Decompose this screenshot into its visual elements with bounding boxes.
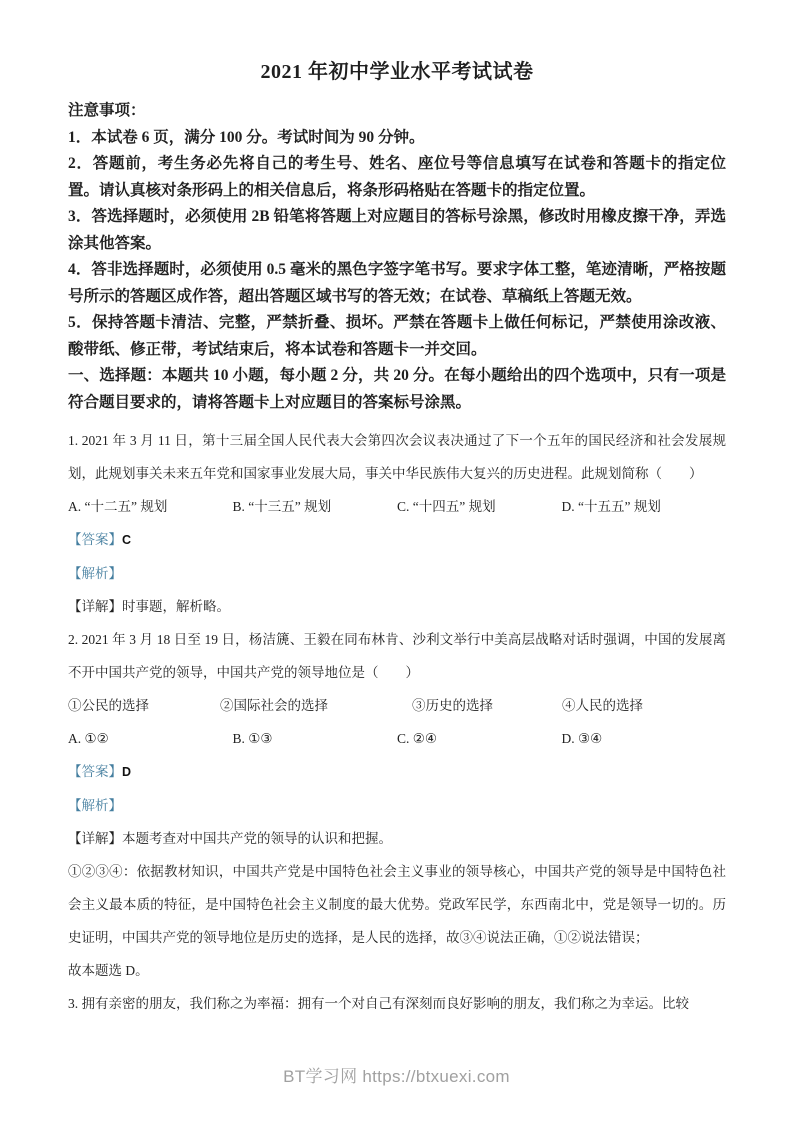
question-1-options: A. “十二五” 规划 B. “十三五” 规划 C. “十四五” 规划 D. “… <box>68 490 726 523</box>
question-2-detail-body: ①②③④：依据教材知识，中国共产党是中国特色社会主义事业的领导核心，中国共产党的… <box>68 855 726 954</box>
question-2-analysis-label: 【解析】 <box>68 798 122 813</box>
question-3: 3. 拥有亲密的朋友，我们称之为率福：拥有一个对自己有深刻而良好影响的朋友，我们… <box>68 987 726 1020</box>
page-content: 2021 年初中学业水平考试试卷 注意事项： 1．本试卷 6 页，满分 100 … <box>0 0 793 1020</box>
notice-heading: 注意事项： <box>68 98 726 125</box>
question-1-option-b: B. “十三五” 规划 <box>233 490 398 523</box>
question-2-statement-1: ①公民的选择 <box>68 689 220 722</box>
notice-item-3: 3．答选择题时，必须使用 2B 铅笔将答题上对应题目的答标号涂黑，修改时用橡皮擦… <box>68 204 726 257</box>
question-2-option-b: B. ①③ <box>233 722 398 755</box>
exam-document-page: 2021 年初中学业水平考试试卷 注意事项： 1．本试卷 6 页，满分 100 … <box>0 0 793 1122</box>
question-1-detail: 【详解】时事题，解析略。 <box>68 590 726 623</box>
question-1-option-a: A. “十二五” 规划 <box>68 490 233 523</box>
question-1-answer-value: C <box>122 533 131 547</box>
notice-item-5: 5．保持答题卡清洁、完整，严禁折叠、损坏。严禁在答题卡上做任何标记，严禁使用涂改… <box>68 310 726 363</box>
question-2-detail-conclusion: 故本题选 D。 <box>68 954 726 987</box>
question-1-option-c: C. “十四五” 规划 <box>397 490 562 523</box>
question-2-option-d: D. ③④ <box>562 722 727 755</box>
section-heading-choice-questions: 一、选择题：本题共 10 小题，每小题 2 分，共 20 分。在每小题给出的四个… <box>68 363 726 416</box>
notice-item-2: 2．答题前，考生务必先将自己的考生号、姓名、座位号等信息填写在试卷和答题卡的指定… <box>68 151 726 204</box>
question-1: 1. 2021 年 3 月 11 日，第十三届全国人民代表大会第四次会议表决通过… <box>68 424 726 623</box>
question-1-analysis-line: 【解析】 <box>68 557 726 590</box>
question-2-statement-4: ④人民的选择 <box>562 689 726 722</box>
question-2-answer-line: 【答案】D <box>68 755 726 789</box>
question-2-options: A. ①② B. ①③ C. ②④ D. ③④ <box>68 722 726 755</box>
question-2-statements: ①公民的选择 ②国际社会的选择 ③历史的选择 ④人民的选择 <box>68 689 726 722</box>
question-1-stem: 1. 2021 年 3 月 11 日，第十三届全国人民代表大会第四次会议表决通过… <box>68 424 726 490</box>
questions-area: 1. 2021 年 3 月 11 日，第十三届全国人民代表大会第四次会议表决通过… <box>68 424 726 1020</box>
notice-item-4: 4．答非选择题时，必须使用 0.5 毫米的黑色字签字笔书写。要求字体工整，笔迹清… <box>68 257 726 310</box>
question-2: 2. 2021 年 3 月 18 日至 19 日，杨洁篪、王毅在同布林肯、沙利文… <box>68 623 726 987</box>
notice-item-1: 1．本试卷 6 页，满分 100 分。考试时间为 90 分钟。 <box>68 125 726 152</box>
question-1-analysis-label: 【解析】 <box>68 566 122 581</box>
notice-section: 注意事项： 1．本试卷 6 页，满分 100 分。考试时间为 90 分钟。 2．… <box>68 98 726 363</box>
question-2-option-c: C. ②④ <box>397 722 562 755</box>
question-2-option-a: A. ①② <box>68 722 233 755</box>
question-2-analysis-line: 【解析】 <box>68 789 726 822</box>
question-1-option-d: D. “十五五” 规划 <box>562 490 727 523</box>
question-2-answer-value: D <box>122 765 131 779</box>
question-2-statement-3: ③历史的选择 <box>412 689 562 722</box>
page-title: 2021 年初中学业水平考试试卷 <box>68 58 726 86</box>
question-1-answer-label: 【答案】 <box>68 532 122 547</box>
footer-watermark: BT学习网 https://btxuexi.com <box>0 1062 793 1087</box>
question-2-answer-label: 【答案】 <box>68 764 122 779</box>
question-2-statement-2: ②国际社会的选择 <box>220 689 412 722</box>
question-2-detail-intro: 【详解】本题考查对中国共产党的领导的认识和把握。 <box>68 822 726 855</box>
question-1-answer-line: 【答案】C <box>68 523 726 557</box>
question-3-stem: 3. 拥有亲密的朋友，我们称之为率福：拥有一个对自己有深刻而良好影响的朋友，我们… <box>68 987 726 1020</box>
footer-site-link[interactable]: BT学习网 https://btxuexi.com <box>283 1067 510 1086</box>
question-2-stem: 2. 2021 年 3 月 18 日至 19 日，杨洁篪、王毅在同布林肯、沙利文… <box>68 623 726 689</box>
